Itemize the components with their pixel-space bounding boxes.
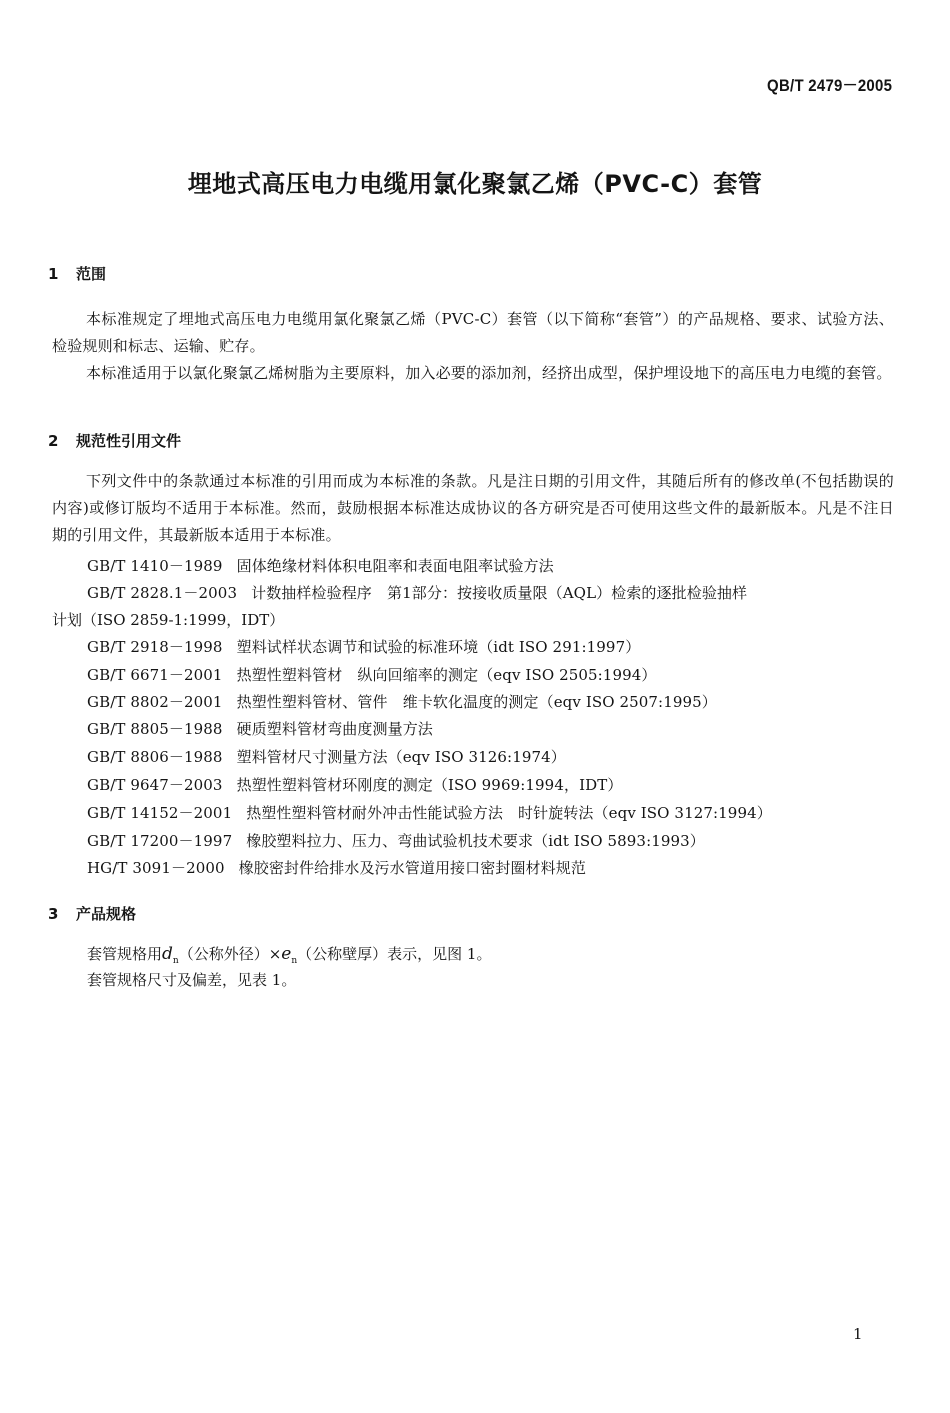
reference-code: GB/T 8805－1988 xyxy=(87,718,223,739)
section-3-heading: 3产品规格 xyxy=(48,903,136,924)
reference-code: GB/T 17200－1997 xyxy=(87,830,232,851)
spec-text: （公称壁厚）表示，见图 1。 xyxy=(297,945,491,963)
reference-code: GB/T 8802－2001 xyxy=(87,691,223,712)
reference-continuation: 计划（ISO 2859-1:1999，IDT） xyxy=(52,609,284,630)
reference-title: 固体绝缘材料体积电阻率和表面电阻率试验方法 xyxy=(237,557,554,575)
section-1-heading: 1范围 xyxy=(48,263,106,284)
standard-code: QB/T 2479－2005 xyxy=(767,71,892,96)
reference-title: 塑料试样状态调节和试验的标准环境（idt ISO 291:1997） xyxy=(237,638,641,656)
section-title: 范围 xyxy=(76,265,106,283)
reference-code: GB/T 2918－1998 xyxy=(87,636,223,657)
spec-text: （公称外径）× xyxy=(179,945,282,963)
reference-code: GB/T 8806－1988 xyxy=(87,746,223,767)
reference-item: GB/T 8806－1988塑料管材尺寸测量方法（eqv ISO 3126:19… xyxy=(87,746,566,767)
reference-item: GB/T 1410－1989固体绝缘材料体积电阻率和表面电阻率试验方法 xyxy=(87,555,554,576)
reference-code: GB/T 6671－2001 xyxy=(87,664,223,685)
reference-item: HG/T 3091－2000橡胶密封件给排水及污水管道用接口密封圈材料规范 xyxy=(87,857,586,878)
scope-paragraph-2: 本标准适用于以氯化聚氯乙烯树脂为主要原料，加入必要的添加剂，经挤出成型，保护埋设… xyxy=(52,360,894,387)
reference-code: GB/T 2828.1－2003 xyxy=(87,582,237,603)
reference-item: GB/T 2828.1－2003计数抽样检验程序 第1部分：按接收质量限（AQL… xyxy=(87,582,747,603)
nominal-diameter-symbol: d xyxy=(162,944,173,964)
spec-line-1: 套管规格用dn（公称外径）×en（公称壁厚）表示，见图 1。 xyxy=(87,943,491,966)
document-title: 埋地式高压电力电缆用氯化聚氯乙烯（PVC-C）套管 xyxy=(0,164,950,199)
reference-title: 橡胶密封件给排水及污水管道用接口密封圈材料规范 xyxy=(239,859,586,877)
reference-item: GB/T 2918－1998塑料试样状态调节和试验的标准环境（idt ISO 2… xyxy=(87,636,640,657)
section-number: 3 xyxy=(48,905,76,923)
reference-title: 热塑性塑料管材、管件 维卡软化温度的测定（eqv ISO 2507:1995） xyxy=(237,693,717,711)
spec-line-2: 套管规格尺寸及偏差，见表 1。 xyxy=(87,969,296,990)
reference-code: GB/T 14152－2001 xyxy=(87,802,232,823)
reference-title: 塑料管材尺寸测量方法（eqv ISO 3126:1974） xyxy=(237,748,566,766)
section-2-heading: 2规范性引用文件 xyxy=(48,430,181,451)
reference-item: GB/T 17200－1997橡胶塑料拉力、压力、弯曲试验机技术要求（idt I… xyxy=(87,830,705,851)
section-number: 1 xyxy=(48,265,76,283)
reference-title: 热塑性塑料管材 纵向回缩率的测定（eqv ISO 2505:1994） xyxy=(237,666,657,684)
reference-code: HG/T 3091－2000 xyxy=(87,857,225,878)
nominal-wall-thickness-symbol: e xyxy=(281,944,291,964)
section-title: 规范性引用文件 xyxy=(76,432,181,450)
reference-title: 橡胶塑料拉力、压力、弯曲试验机技术要求（idt ISO 5893:1993） xyxy=(246,832,705,850)
reference-code: GB/T 9647－2003 xyxy=(87,774,223,795)
reference-code: GB/T 1410－1989 xyxy=(87,555,223,576)
section-number: 2 xyxy=(48,432,76,450)
section-title: 产品规格 xyxy=(76,905,136,923)
normative-references-paragraph: 下列文件中的条款通过本标准的引用而成为本标准的条款。凡是注日期的引用文件，其随后… xyxy=(52,468,894,549)
reference-title: 热塑性塑料管材耐外冲击性能试验方法 时针旋转法（eqv ISO 3127:199… xyxy=(246,804,772,822)
reference-item: GB/T 8802－2001热塑性塑料管材、管件 维卡软化温度的测定（eqv I… xyxy=(87,691,717,712)
scope-paragraph-1: 本标准规定了埋地式高压电力电缆用氯化聚氯乙烯（PVC-C）套管（以下简称“套管”… xyxy=(52,306,894,360)
reference-item: GB/T 9647－2003热塑性塑料管材环刚度的测定（ISO 9969:199… xyxy=(87,774,622,795)
reference-title: 计数抽样检验程序 第1部分：按接收质量限（AQL）检索的逐批检验抽样 xyxy=(251,584,747,602)
reference-item: GB/T 8805－1988硬质塑料管材弯曲度测量方法 xyxy=(87,718,433,739)
reference-title: 硬质塑料管材弯曲度测量方法 xyxy=(237,720,433,738)
reference-item: GB/T 6671－2001热塑性塑料管材 纵向回缩率的测定（eqv ISO 2… xyxy=(87,664,657,685)
reference-title: 热塑性塑料管材环刚度的测定（ISO 9969:1994，IDT） xyxy=(237,776,623,794)
spec-text: 套管规格用 xyxy=(87,945,162,963)
page-number: 1 xyxy=(853,1325,863,1343)
reference-item: GB/T 14152－2001热塑性塑料管材耐外冲击性能试验方法 时针旋转法（e… xyxy=(87,802,772,823)
